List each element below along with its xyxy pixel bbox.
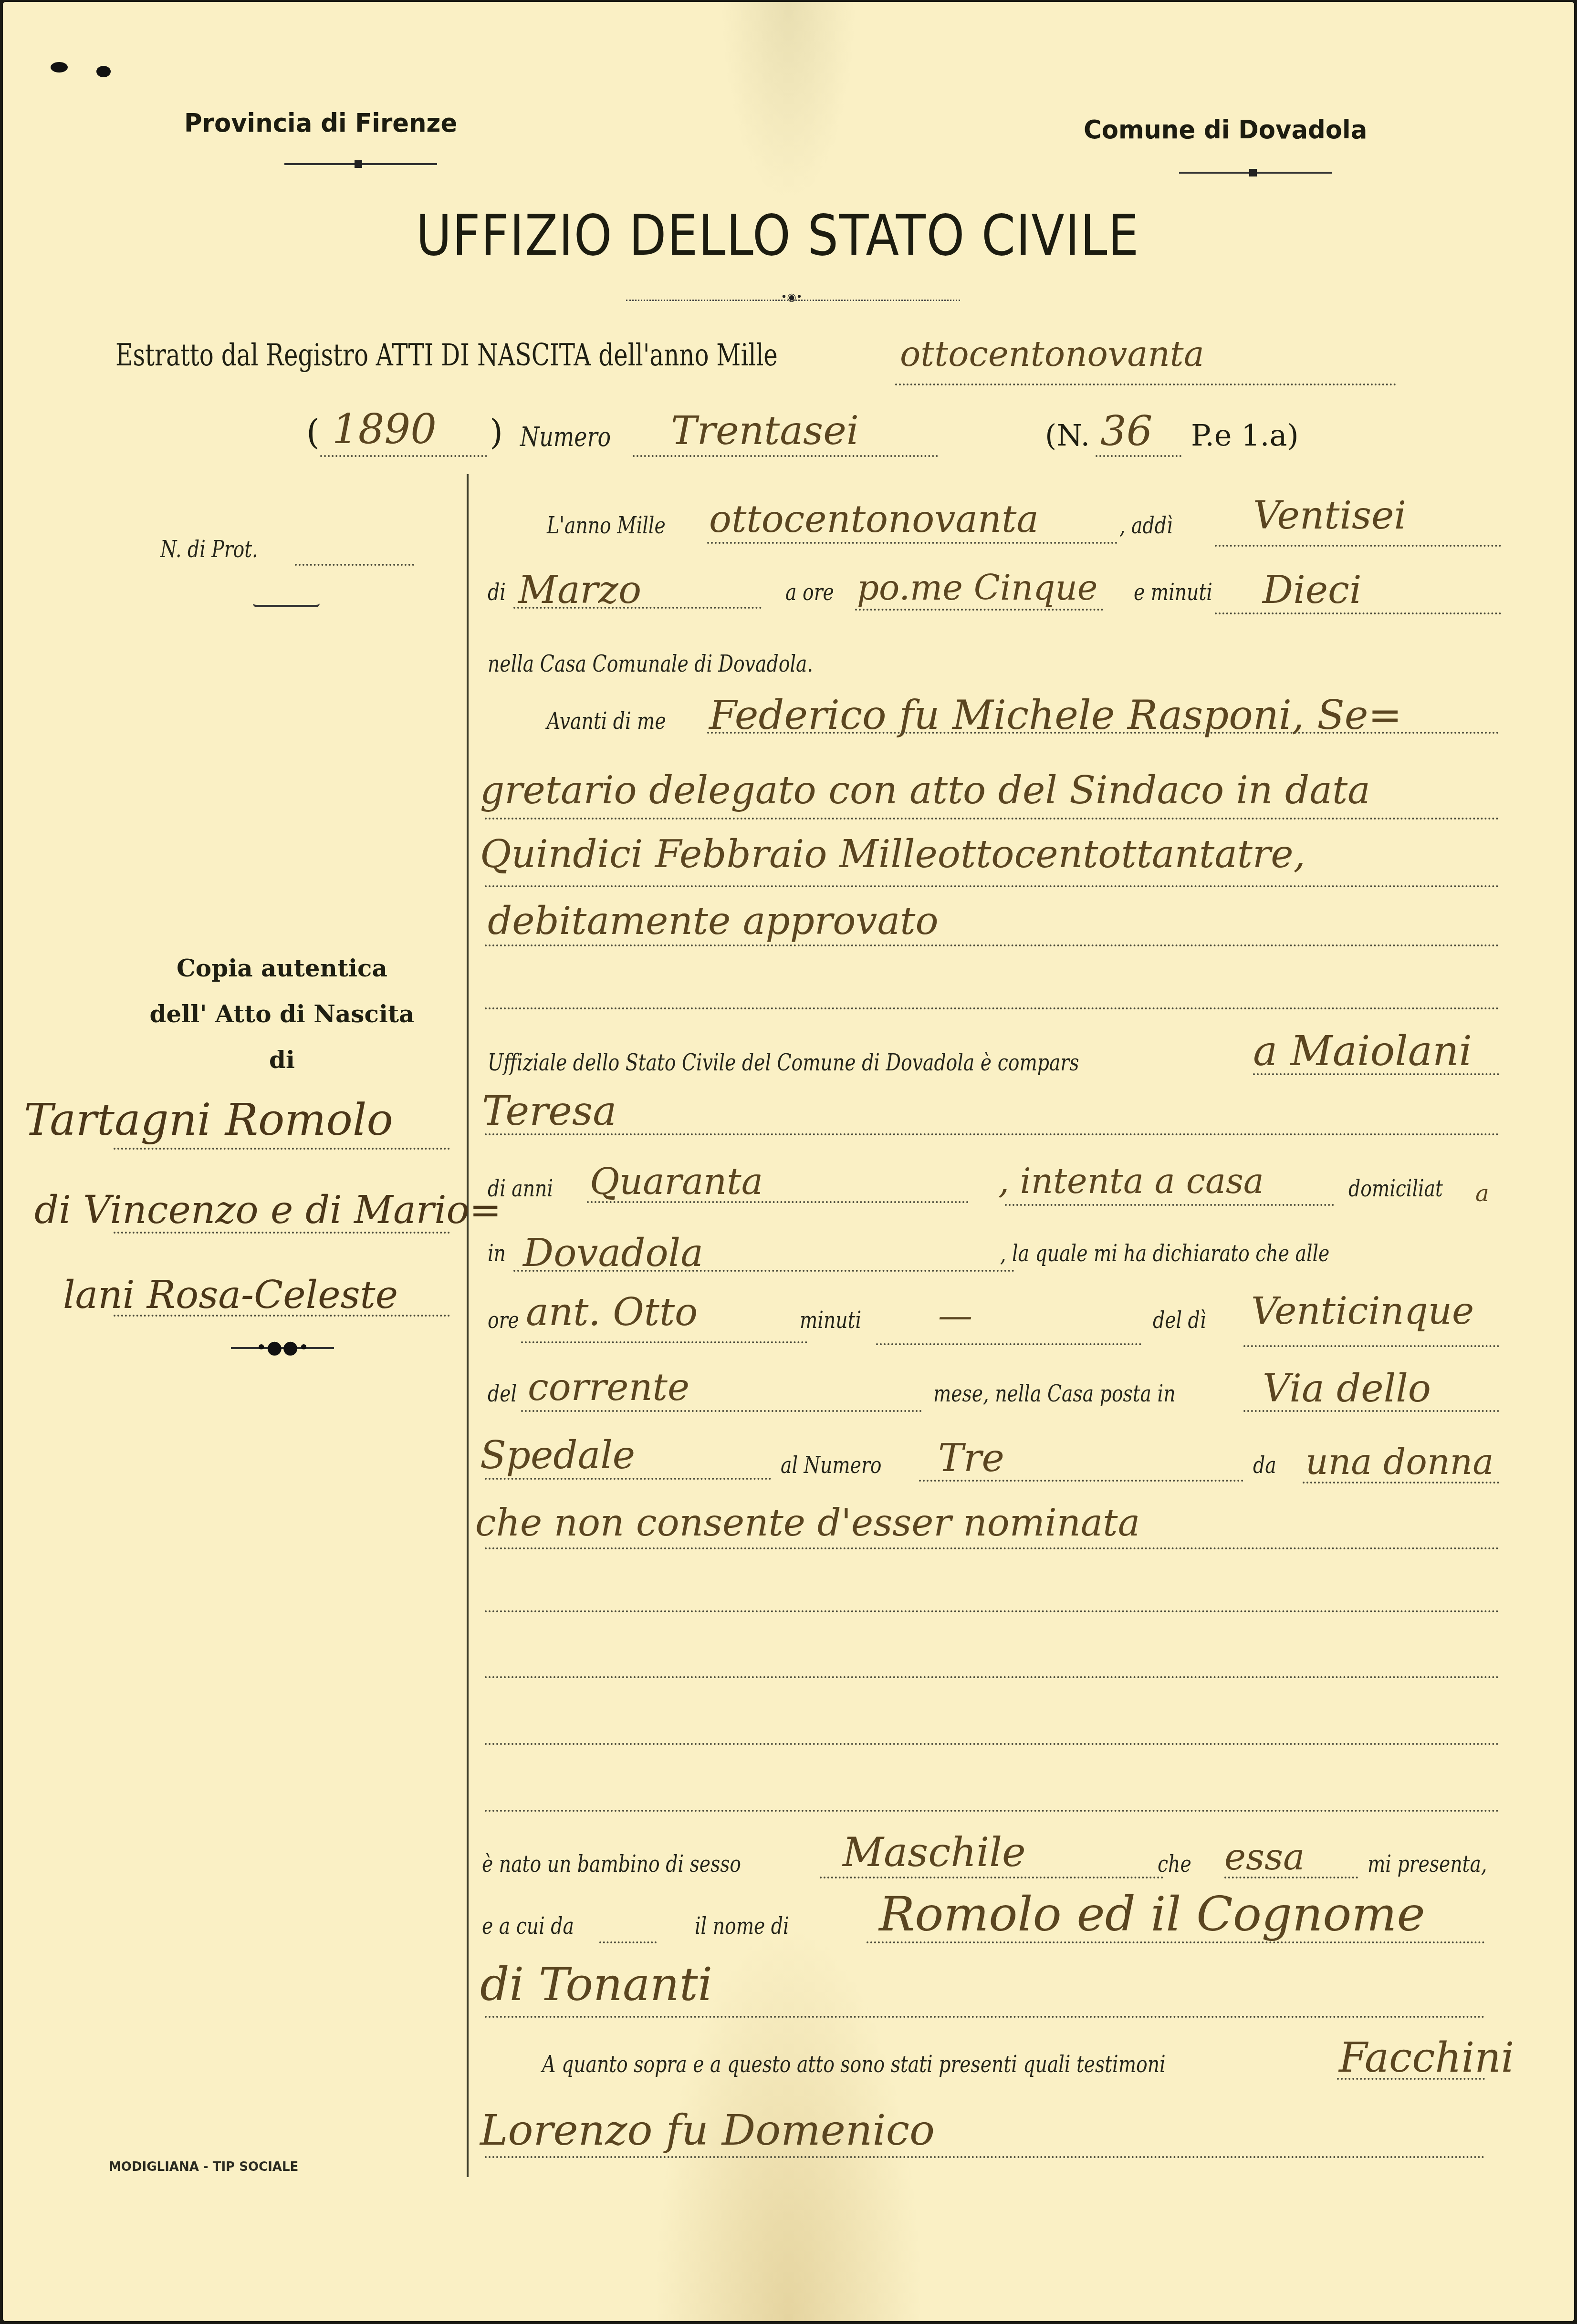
column-divider xyxy=(467,474,469,2177)
minuti-label: e minuti xyxy=(1134,579,1212,606)
addi-value: Ventisei xyxy=(1253,493,1406,538)
officer-rule-4 xyxy=(485,944,1499,946)
da-value: una donna xyxy=(1305,1442,1493,1483)
minuti2-value: — xyxy=(938,1296,972,1336)
extract-year-words-line xyxy=(895,384,1396,385)
numero-words-line xyxy=(633,455,938,457)
sesso-line xyxy=(820,1877,1163,1878)
minuti-value: Dieci xyxy=(1263,568,1361,612)
in-label: in xyxy=(488,1240,506,1267)
ink-spot xyxy=(51,62,68,73)
anno-value: ottocentonovanta xyxy=(709,498,1039,541)
title-ornament-center: •◉• xyxy=(756,294,827,301)
ore2-line xyxy=(521,1341,807,1343)
witness-rule-2 xyxy=(485,2156,1485,2158)
nome-line xyxy=(867,1941,1485,1943)
nato-text: è nato un bambino di sesso xyxy=(482,1851,741,1878)
occupation-value: , intenta a casa xyxy=(998,1161,1264,1201)
blank-rule-3 xyxy=(485,1676,1499,1678)
n-label: (N. xyxy=(1045,418,1090,453)
extract-year-line xyxy=(320,455,487,457)
copy-line-2: dell' Atto di Nascita xyxy=(139,1000,425,1028)
woman-note: che non consente d'esser nominata xyxy=(475,1502,1140,1545)
del-di-value: Venticinque xyxy=(1251,1290,1474,1333)
minuti2-label: minuti xyxy=(800,1307,861,1334)
subject-ornament-dots: •●●• xyxy=(254,1338,311,1357)
subject-line-3-rule xyxy=(114,1315,450,1317)
officer-line-3: Quindici Febbraio Milleottocentottantatr… xyxy=(480,832,1305,876)
subject-line-3: lani Rosa-Celeste xyxy=(63,1273,398,1317)
declarant-line-1: a Maiolani xyxy=(1253,1027,1472,1075)
extract-prefix: Estratto dal Registro ATTI DI NASCITA de… xyxy=(115,338,778,373)
officer-rule-3 xyxy=(485,885,1499,887)
witness-line-1: Facchini xyxy=(1339,2034,1514,2082)
anno-label: L'anno Mille xyxy=(547,512,666,539)
ore-label: a ore xyxy=(785,579,834,606)
al-numero-label: al Numero xyxy=(781,1452,881,1479)
in-line xyxy=(513,1270,1014,1272)
cui-label: e a cui da xyxy=(482,1913,574,1940)
del-di-line xyxy=(1243,1345,1499,1347)
ore2-label: ore xyxy=(488,1307,519,1334)
corrente-line xyxy=(521,1410,922,1412)
witness-rule-1 xyxy=(1337,2078,1485,2080)
ore-line xyxy=(855,609,1103,611)
cognome-line xyxy=(485,2016,1485,2018)
casa-comunale-text: nella Casa Comunale di Dovadola. xyxy=(488,651,813,677)
officer-rule-1 xyxy=(707,732,1499,734)
p-label: P.e 1.a) xyxy=(1191,418,1299,453)
declarant-line-2: Teresa xyxy=(482,1088,616,1134)
blank-rule-4 xyxy=(485,1743,1499,1745)
via-line-2: Spedale xyxy=(480,1433,635,1477)
province-heading: Provincia di Firenze xyxy=(184,108,457,138)
copy-line-3: di xyxy=(139,1046,425,1074)
officer-line-2: gretario delegato con atto del Sindaco i… xyxy=(480,768,1370,812)
birth-certificate-page: Provincia di Firenze Comune di Dovadola … xyxy=(3,2,1574,2321)
al-numero-value: Tre xyxy=(938,1436,1004,1480)
blank-rule-5 xyxy=(485,1810,1499,1812)
occupation-line xyxy=(1005,1204,1334,1206)
n-value: 36 xyxy=(1100,407,1152,455)
month-di-label: di xyxy=(488,579,506,606)
month-line xyxy=(513,607,762,609)
mese-text: mese, nella Casa posta in xyxy=(933,1380,1176,1407)
addi-line xyxy=(1215,545,1501,547)
declarant-rule-2 xyxy=(485,1133,1499,1135)
anni-value: Quaranta xyxy=(590,1160,763,1203)
numero-label: Numero xyxy=(520,422,611,453)
domiciliata-suffix: a xyxy=(1475,1180,1489,1207)
del-di-label: del dì xyxy=(1153,1307,1206,1334)
addi-label: , addì xyxy=(1119,512,1172,539)
ore2-value: ant. Otto xyxy=(526,1290,698,1334)
al-numero-line xyxy=(919,1480,1243,1482)
subject-line-2: di Vincenzo e di Mario= xyxy=(34,1188,501,1232)
prot-ornament xyxy=(253,602,320,607)
comune-ornament xyxy=(1179,172,1332,174)
woman-note-rule xyxy=(485,1547,1499,1549)
minuti-line xyxy=(1215,612,1501,614)
corrente-value: corrente xyxy=(528,1366,689,1409)
prot-label: N. di Prot. xyxy=(160,536,258,563)
che-line xyxy=(1224,1877,1358,1878)
subject-line-2-rule xyxy=(114,1232,450,1234)
prot-value-field[interactable] xyxy=(295,564,414,566)
ore-value: po.me Cinque xyxy=(857,568,1097,608)
ink-spot xyxy=(96,66,111,77)
subject-line-1: Tartagni Romolo xyxy=(24,1094,393,1145)
witness-text: A quanto sopra e a questo atto sono stat… xyxy=(542,2051,1166,2078)
cognome-value: di Tonanti xyxy=(480,1958,712,2011)
da-line xyxy=(1303,1482,1499,1484)
sesso-value: Maschile xyxy=(843,1829,1026,1876)
presenta-text: mi presenta, xyxy=(1368,1851,1487,1878)
officer-rule-2 xyxy=(485,818,1499,820)
il-nome-label: il nome di xyxy=(695,1913,789,1940)
minuti2-line xyxy=(876,1343,1141,1345)
province-ornament xyxy=(284,163,437,165)
officer-line-4: debitamente approvato xyxy=(488,899,939,943)
che-label: che xyxy=(1158,1851,1191,1878)
in-value: Dovadola xyxy=(523,1231,703,1275)
da-label: da xyxy=(1253,1452,1276,1479)
ufficiale-text: Uffiziale dello Stato Civile del Comune … xyxy=(488,1049,1079,1076)
del-label: del xyxy=(488,1380,517,1407)
declarant-rule-1 xyxy=(1253,1073,1499,1075)
che-value: essa xyxy=(1224,1836,1305,1878)
nome-value: Romolo ed il Cognome xyxy=(879,1886,1425,1942)
anno-line xyxy=(707,542,1117,544)
avanti-label: Avanti di me xyxy=(547,708,666,735)
numero-words: Trentasei xyxy=(671,408,859,454)
printer-imprint: MODIGLIANA - TIP SOCIALE xyxy=(109,2160,298,2174)
page-title: UFFIZIO DELLO STATO CIVILE xyxy=(416,202,1139,268)
comune-heading: Comune di Dovadola xyxy=(1084,114,1367,145)
subject-line-1-rule xyxy=(114,1148,450,1150)
cui-line xyxy=(599,1941,657,1943)
extract-year-open: ( xyxy=(306,412,320,452)
via-line-1: Via dello xyxy=(1263,1366,1431,1411)
copy-line-1: Copia autentica xyxy=(139,954,425,982)
n-value-line xyxy=(1096,455,1181,457)
extract-year-number: 1890 xyxy=(332,405,437,453)
domiciliata-label: domiciliat xyxy=(1348,1175,1443,1202)
via-rule-1 xyxy=(1243,1410,1499,1412)
anni-label: di anni xyxy=(488,1175,553,1202)
blank-rule-2 xyxy=(485,1610,1499,1612)
extract-year-words: ottocentonovanta xyxy=(900,334,1204,374)
blank-rule-1 xyxy=(485,1007,1499,1009)
witness-line-2: Lorenzo fu Domenico xyxy=(480,2106,935,2155)
anni-line xyxy=(587,1201,969,1203)
via-rule-2 xyxy=(485,1478,771,1480)
extract-year-close: ) xyxy=(490,412,503,452)
month-value: Marzo xyxy=(518,568,641,612)
quale-text: , la quale mi ha dichiarato che alle xyxy=(1000,1240,1329,1267)
